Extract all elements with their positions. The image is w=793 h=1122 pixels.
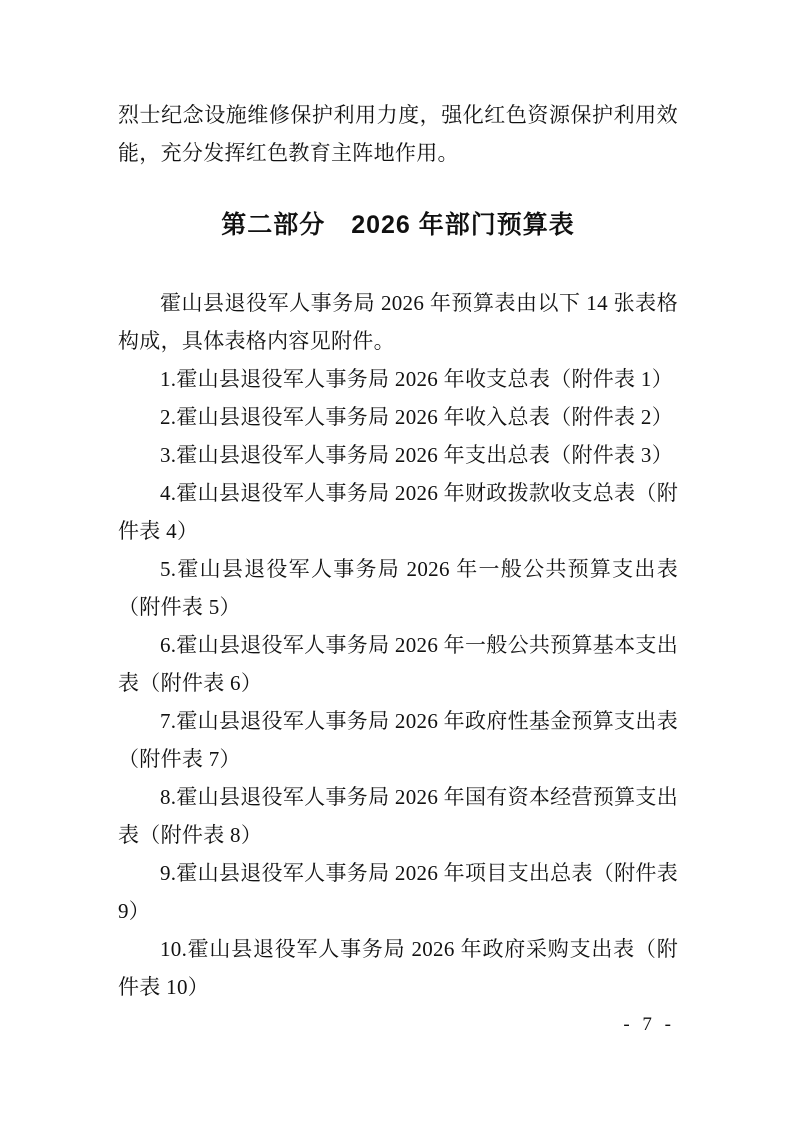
budget-table-list-item-4: 4.霍山县退役军人事务局 2026 年财政拨款收支总表（附件表 4） [118,474,678,550]
budget-table-list-item-8: 8.霍山县退役军人事务局 2026 年国有资本经营预算支出表（附件表 8） [118,778,678,854]
budget-table-list-item-6: 6.霍山县退役军人事务局 2026 年一般公共预算基本支出表（附件表 6） [118,626,678,702]
budget-table-list-item-10: 10.霍山县退役军人事务局 2026 年政府采购支出表（附件表 10） [118,930,678,1006]
intro-paragraph: 霍山县退役军人事务局 2026 年预算表由以下 14 张表格构成，具体表格内容见… [118,284,678,360]
budget-table-list-item-1: 1.霍山县退役军人事务局 2026 年收支总表（附件表 1） [118,360,678,398]
budget-table-list-item-9: 9.霍山县退役军人事务局 2026 年项目支出总表（附件表 9） [118,854,678,930]
budget-table-list-item-5: 5.霍山县退役军人事务局 2026 年一般公共预算支出表（附件表 5） [118,550,678,626]
page-number: - 7 - [623,1012,675,1038]
page-content: 烈士纪念设施维修保护利用力度，强化红色资源保护利用效能，充分发挥红色教育主阵地作… [118,96,678,1006]
budget-table-list-item-2: 2.霍山县退役军人事务局 2026 年收入总表（附件表 2） [118,398,678,436]
document-page: 烈士纪念设施维修保护利用力度，强化红色资源保护利用效能，充分发挥红色教育主阵地作… [0,0,793,1122]
paragraph-continuation: 烈士纪念设施维修保护利用力度，强化红色资源保护利用效能，充分发挥红色教育主阵地作… [118,96,678,172]
section-title: 第二部分 2026 年部门预算表 [118,202,678,248]
budget-table-list-item-3: 3.霍山县退役军人事务局 2026 年支出总表（附件表 3） [118,436,678,474]
budget-table-list-item-7: 7.霍山县退役军人事务局 2026 年政府性基金预算支出表（附件表 7） [118,702,678,778]
